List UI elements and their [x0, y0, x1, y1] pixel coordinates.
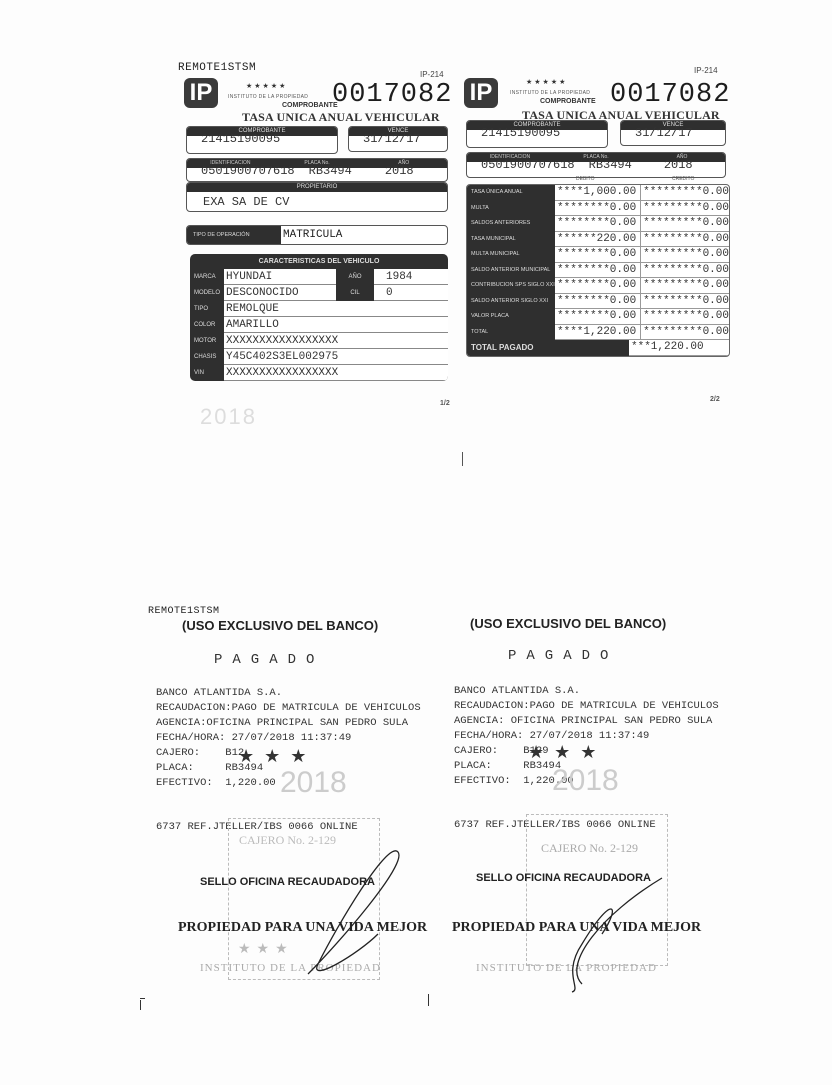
identification-field: IDENTIFICACION PLACA No. AÑO 05019007076…: [466, 152, 726, 178]
comprobante-field: COMPROBANTE 21415190095: [466, 120, 608, 148]
payment-row: VALOR PLACA ********0.00 *********0.00: [467, 309, 729, 325]
payment-debito: ****1,220.00: [555, 325, 640, 341]
payment-credito: *********0.00: [640, 232, 729, 248]
vehicle-label: MODELO: [190, 285, 224, 301]
stars-icon: ★★★★★: [526, 78, 567, 86]
vehicle-label: AÑO: [336, 269, 374, 285]
scan-mark: [140, 998, 145, 999]
debito-header: DEBITO: [576, 176, 595, 182]
payment-row: SALDOS ANTERIORES ********0.00 *********…: [467, 216, 729, 232]
vehicle-value: REMOLQUE: [224, 301, 448, 317]
identificacion-value: 0501900707618: [187, 165, 295, 178]
payment-label: TASA ÚNICA ANUAL: [467, 185, 555, 201]
payment-credito: *********0.00: [640, 201, 729, 217]
comprobante-value: 21415190095: [187, 133, 337, 146]
vehicle-row-marca: MARCA HYUNDAI AÑO 1984: [190, 269, 448, 285]
paid-status: PAGADO: [508, 648, 618, 664]
recaudacion-line: RECAUDACION:PAGO DE MATRICULA DE VEHICUL…: [156, 701, 421, 716]
vehicle-value: XXXXXXXXXXXXXXXXX: [224, 333, 448, 349]
vehicle-row-tipo: TIPO REMOLQUE: [190, 301, 448, 317]
receipt-subtitle: COMPROBANTE: [540, 98, 596, 105]
agencia-line: AGENCIA: OFICINA PRINCIPAL SAN PEDRO SUL…: [454, 714, 719, 729]
vehicle-table: CARACTERISTICAS DEL VEHICULO MARCA HYUND…: [190, 254, 448, 381]
page-number: 2/2: [710, 396, 720, 403]
vehicle-row-chasis: CHASIS Y45C402S3EL002975: [190, 349, 448, 365]
vehicle-label: CIL: [336, 285, 374, 301]
signature-icon: [542, 874, 672, 994]
total-pagado-label: TOTAL PAGADO: [467, 340, 555, 356]
vehicle-row-modelo: MODELO DESCONOCIDO CIL 0: [190, 285, 448, 301]
signature-icon: [298, 844, 418, 984]
total-pagado-row: TOTAL PAGADO ***1,220.00: [467, 340, 729, 356]
vehicle-label: TIPO: [190, 301, 224, 317]
institution-name: INSTITUTO DE LA PROPIEDAD: [228, 94, 308, 100]
page-number: 1/2: [440, 400, 450, 407]
vehicle-value: 0: [374, 285, 448, 301]
payment-label: MULTA MUNICIPAL: [467, 247, 555, 263]
payment-debito: ****1,000.00: [555, 185, 640, 201]
vehicle-row-motor: MOTOR XXXXXXXXXXXXXXXXX: [190, 333, 448, 349]
total-pagado-bar: [555, 340, 629, 356]
ip-logo-icon: IP: [464, 78, 498, 108]
institution-name: INSTITUTO DE LA PROPIEDAD: [510, 90, 590, 96]
scan-mark: [462, 452, 463, 466]
total-pagado-value: ***1,220.00: [629, 340, 729, 356]
recaudacion-line: RECAUDACION:PAGO DE MATRICULA DE VEHICUL…: [454, 699, 719, 714]
propietario-label: PROPIETARIO: [187, 183, 447, 192]
vehicle-label: VIN: [190, 365, 224, 381]
payment-label: SALDOS ANTERIORES: [467, 216, 555, 232]
payment-debito: ********0.00: [555, 263, 640, 279]
payment-row: SALDO ANTERIOR SIGLO XXI ********0.00 **…: [467, 294, 729, 310]
bank-header: (USO EXCLUSIVO DEL BANCO): [182, 618, 378, 633]
vehicle-label: CHASIS: [190, 349, 224, 365]
payment-label: MULTA: [467, 201, 555, 217]
payment-credito: *********0.00: [640, 325, 729, 341]
identification-field: IDENTIFICACION PLACA No. AÑO 05019007076…: [186, 158, 448, 182]
payment-label: SALDO ANTERIOR MUNICIPAL: [467, 263, 555, 279]
paid-status: PAGADO: [214, 652, 324, 668]
bank-name: BANCO ATLANTIDA S.A.: [156, 686, 421, 701]
payment-label: SALDO ANTERIOR SIGLO XXI: [467, 294, 555, 310]
vehicle-row-color: COLOR AMARILLO: [190, 317, 448, 333]
payment-debito: ********0.00: [555, 201, 640, 217]
receipt-number: 0017082: [332, 80, 452, 110]
payment-debito: ********0.00: [555, 216, 640, 232]
payment-row: MULTA MUNICIPAL ********0.00 *********0.…: [467, 247, 729, 263]
scan-mark: [428, 994, 429, 1006]
stars-icon: ★★★: [528, 742, 606, 763]
vehicle-title: CARACTERISTICAS DEL VEHICULO: [190, 254, 448, 269]
receipt-title: TASA UNICA ANUAL VEHICULAR: [242, 110, 440, 125]
vence-field: VENCE 31/12/17: [620, 120, 726, 146]
anio-value: 2018: [650, 159, 725, 172]
stamp-text: CAJERO No. 2-129: [541, 841, 667, 856]
propietario-value: EXA SA DE CV: [187, 196, 447, 209]
bank-header: (USO EXCLUSIVO DEL BANCO): [470, 616, 666, 631]
vehicle-label: MARCA: [190, 269, 224, 285]
form-code: IP-214: [420, 70, 444, 79]
scan-mark: [140, 1000, 141, 1010]
payment-credito: *********0.00: [640, 247, 729, 263]
tipo-operacion-label: TIPO DE OPERACIÓN: [187, 226, 281, 244]
vehicle-value: 1984: [374, 269, 448, 285]
payment-label: TASA MUNICIPAL: [467, 232, 555, 248]
payment-credito: *********0.00: [640, 309, 729, 325]
payment-label: TOTAL: [467, 325, 555, 341]
payment-credito: *********0.00: [640, 185, 729, 201]
vehicle-value: HYUNDAI: [224, 269, 336, 285]
vence-field: VENCE 31/12/17: [348, 126, 448, 152]
stars-icon: ★★★: [238, 746, 316, 767]
payment-debito: ********0.00: [555, 309, 640, 325]
vehicle-value: AMARILLO: [224, 317, 448, 333]
placa-value: RB3494: [575, 159, 650, 172]
watermark-year: 2018: [200, 404, 257, 430]
receipt-subtitle: COMPROBANTE: [282, 102, 338, 109]
credito-header: CREDITO: [672, 176, 694, 182]
payment-row: CONTRIBUCION SPS SIGLO XXI ********0.00 …: [467, 278, 729, 294]
payment-label: VALOR PLACA: [467, 309, 555, 325]
payment-row: MULTA ********0.00 *********0.00: [467, 201, 729, 217]
receipt-number: 0017082: [610, 80, 730, 110]
remote-id: REMOTE1STSM: [178, 62, 256, 74]
anio-value: 2018: [371, 165, 447, 178]
watermark-year: 2018: [552, 764, 619, 798]
tipo-operacion-value: MATRICULA: [281, 226, 342, 244]
ip-logo-icon: IP: [184, 78, 218, 108]
payment-debito: ******220.00: [555, 232, 640, 248]
vehicle-row-vin: VIN XXXXXXXXXXXXXXXXX: [190, 365, 448, 381]
vehicle-label: MOTOR: [190, 333, 224, 349]
tipo-operacion-field: TIPO DE OPERACIÓN MATRICULA: [186, 225, 448, 245]
payment-debito: ********0.00: [555, 247, 640, 263]
vence-value: 31/12/17: [349, 133, 447, 146]
comprobante-field: COMPROBANTE 21415190095: [186, 126, 338, 154]
vehicle-label: COLOR: [190, 317, 224, 333]
payment-credito: *********0.00: [640, 294, 729, 310]
vehicle-value: DESCONOCIDO: [224, 285, 336, 301]
form-code: IP-214: [694, 66, 718, 75]
payment-row: SALDO ANTERIOR MUNICIPAL ********0.00 **…: [467, 263, 729, 279]
payment-row-total: TOTAL ****1,220.00 *********0.00: [467, 325, 729, 341]
fecha-line: FECHA/HORA: 27/07/2018 11:37:49: [156, 731, 421, 746]
stars-icon: ★★★: [238, 940, 294, 957]
payment-debito: ********0.00: [555, 294, 640, 310]
watermark-year: 2018: [280, 766, 347, 800]
bank-name: BANCO ATLANTIDA S.A.: [454, 684, 719, 699]
vehicle-value: XXXXXXXXXXXXXXXXX: [224, 365, 448, 381]
placa-value: RB3494: [295, 165, 371, 178]
remote-id: REMOTE1STSM: [148, 606, 220, 617]
identificacion-value: 0501900707618: [467, 159, 575, 172]
payment-row: TASA ÚNICA ANUAL ****1,000.00 *********0…: [467, 185, 729, 201]
payment-debito: ********0.00: [555, 278, 640, 294]
vence-value: 31/12/17: [621, 127, 725, 140]
propietario-field: PROPIETARIO EXA SA DE CV: [186, 182, 448, 212]
comprobante-value: 21415190095: [467, 127, 607, 140]
stars-icon: ★★★★★: [246, 82, 287, 90]
payment-table: TASA ÚNICA ANUAL ****1,000.00 *********0…: [466, 184, 730, 357]
payment-credito: *********0.00: [640, 216, 729, 232]
payment-label: CONTRIBUCION SPS SIGLO XXI: [467, 278, 555, 294]
payment-credito: *********0.00: [640, 263, 729, 279]
vehicle-value: Y45C402S3EL002975: [224, 349, 448, 365]
payment-row: TASA MUNICIPAL ******220.00 *********0.0…: [467, 232, 729, 248]
agencia-line: AGENCIA:OFICINA PRINCIPAL SAN PEDRO SULA: [156, 716, 421, 731]
payment-credito: *********0.00: [640, 278, 729, 294]
